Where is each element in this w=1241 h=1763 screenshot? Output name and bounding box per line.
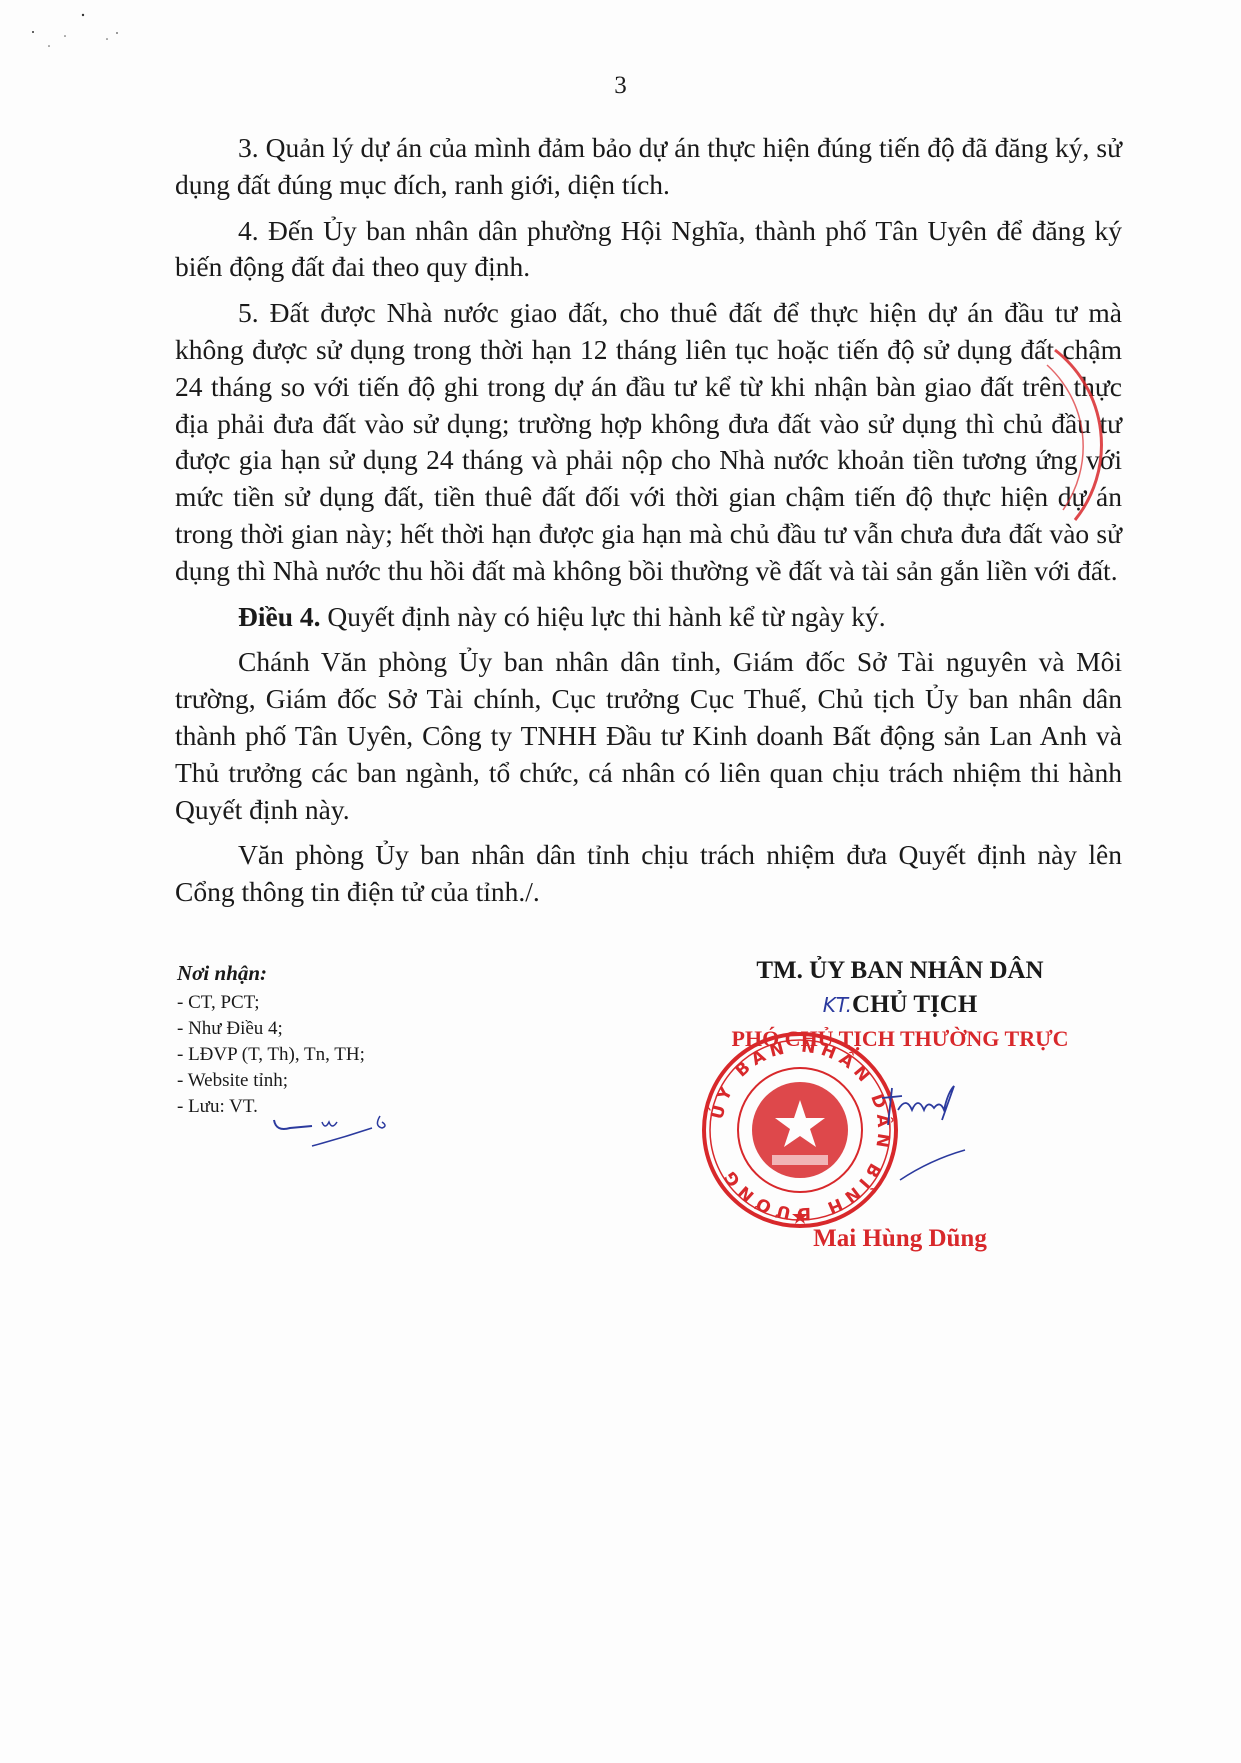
stamp-edge-mark xyxy=(1045,345,1125,525)
recipient-item: - CT, PCT; xyxy=(177,990,365,1016)
signature-title: KT.CHỦ TỊCH xyxy=(700,989,1100,1021)
publication-paragraph: Văn phòng Ủy ban nhân dân tỉnh chịu trác… xyxy=(175,837,1122,911)
signature-position: PHÓ CHỦ TỊCH THƯỜNG TRỰC xyxy=(700,1023,1100,1055)
handwritten-signature xyxy=(880,1080,990,1190)
recipient-item: - Website tỉnh; xyxy=(177,1068,365,1094)
signer-name: Mai Hùng Dũng xyxy=(700,1225,1100,1253)
recipient-item: - Như Điều 4; xyxy=(177,1016,365,1042)
kt-handwritten: KT. xyxy=(823,993,852,1017)
recipients-heading: Nơi nhận: xyxy=(177,960,365,986)
paragraph-5: 5. Đất được Nhà nước giao đất, cho thuê … xyxy=(175,295,1122,589)
recipients-block: Nơi nhận: - CT, PCT; - Như Điều 4; - LĐV… xyxy=(177,960,365,1120)
paragraph-4: 4. Đến Ủy ban nhân dân phường Hội Nghĩa,… xyxy=(175,213,1122,287)
article-4-label: Điều 4. xyxy=(238,601,321,632)
handwritten-initials xyxy=(272,1112,412,1152)
paragraph-3: 3. Quản lý dự án của mình đảm bảo dự án … xyxy=(175,130,1122,204)
article-4: Điều 4. Quyết định này có hiệu lực thi h… xyxy=(175,599,1122,636)
signature-block: TM. ỦY BAN NHÂN DÂN KT.CHỦ TỊCH PHÓ CHỦ … xyxy=(700,955,1100,1055)
scan-specks xyxy=(0,0,140,60)
recipient-item: - LĐVP (T, Th), Tn, TH; xyxy=(177,1042,365,1068)
page-number: 3 xyxy=(0,72,1241,100)
official-seal: ỦY BAN NHÂN DÂN BÌNH DƯƠNG xyxy=(700,1030,900,1230)
document-body: 3. Quản lý dự án của mình đảm bảo dự án … xyxy=(175,130,1122,920)
signature-org: TM. ỦY BAN NHÂN DÂN xyxy=(700,955,1100,987)
responsibility-paragraph: Chánh Văn phòng Ủy ban nhân dân tỉnh, Gi… xyxy=(175,644,1122,828)
